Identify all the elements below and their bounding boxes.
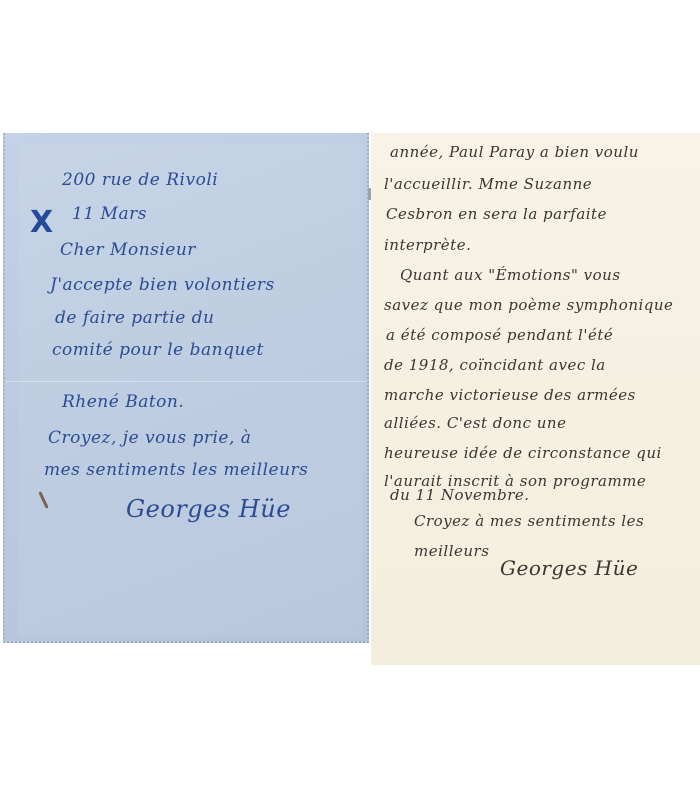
signature: Georges Hüe — [126, 495, 291, 523]
body-line: marche victorieuse des armées — [384, 386, 636, 404]
body-line: alliées. C'est donc une — [384, 414, 566, 432]
body-line: du 11 Novembre. — [390, 486, 530, 504]
closing-line: meilleurs — [414, 542, 489, 560]
body-line: Cesbron en sera la parfaite — [386, 205, 607, 223]
closing-line: Croyez, je vous prie, à — [48, 428, 251, 448]
body-line: l'accueillir. Mme Suzanne — [384, 175, 592, 193]
address-line: 200 rue de Rivoli — [62, 170, 218, 190]
body-line: année, Paul Paray a bien voulu — [390, 143, 639, 161]
body-line: Rhené Baton. — [62, 392, 184, 412]
body-line: heureuse idée de circonstance qui — [384, 444, 662, 462]
body-line: de faire partie du — [55, 308, 215, 328]
closing-line: mes sentiments les meilleurs — [44, 460, 308, 480]
body-line: interprète. — [384, 236, 471, 254]
x-mark: X — [30, 205, 53, 240]
closing-line: Croyez à mes sentiments les — [414, 512, 644, 530]
fold-crease — [5, 381, 367, 382]
letter-card-inner-panel — [19, 143, 363, 637]
left-letter-page — [3, 133, 369, 643]
body-line: a été composé pendant l'été — [386, 326, 613, 344]
salutation-line: Cher Monsieur — [60, 240, 196, 260]
body-line: J'accepte bien volontiers — [50, 275, 275, 295]
body-line: Quant aux "Émotions" vous — [400, 266, 621, 284]
signature: Georges Hüe — [500, 556, 638, 580]
date-line: 11 Mars — [72, 204, 147, 224]
body-line: savez que mon poème symphonique — [384, 296, 673, 314]
body-line: de 1918, coïncidant avec la — [384, 356, 606, 374]
body-line: comité pour le banquet — [52, 340, 264, 360]
